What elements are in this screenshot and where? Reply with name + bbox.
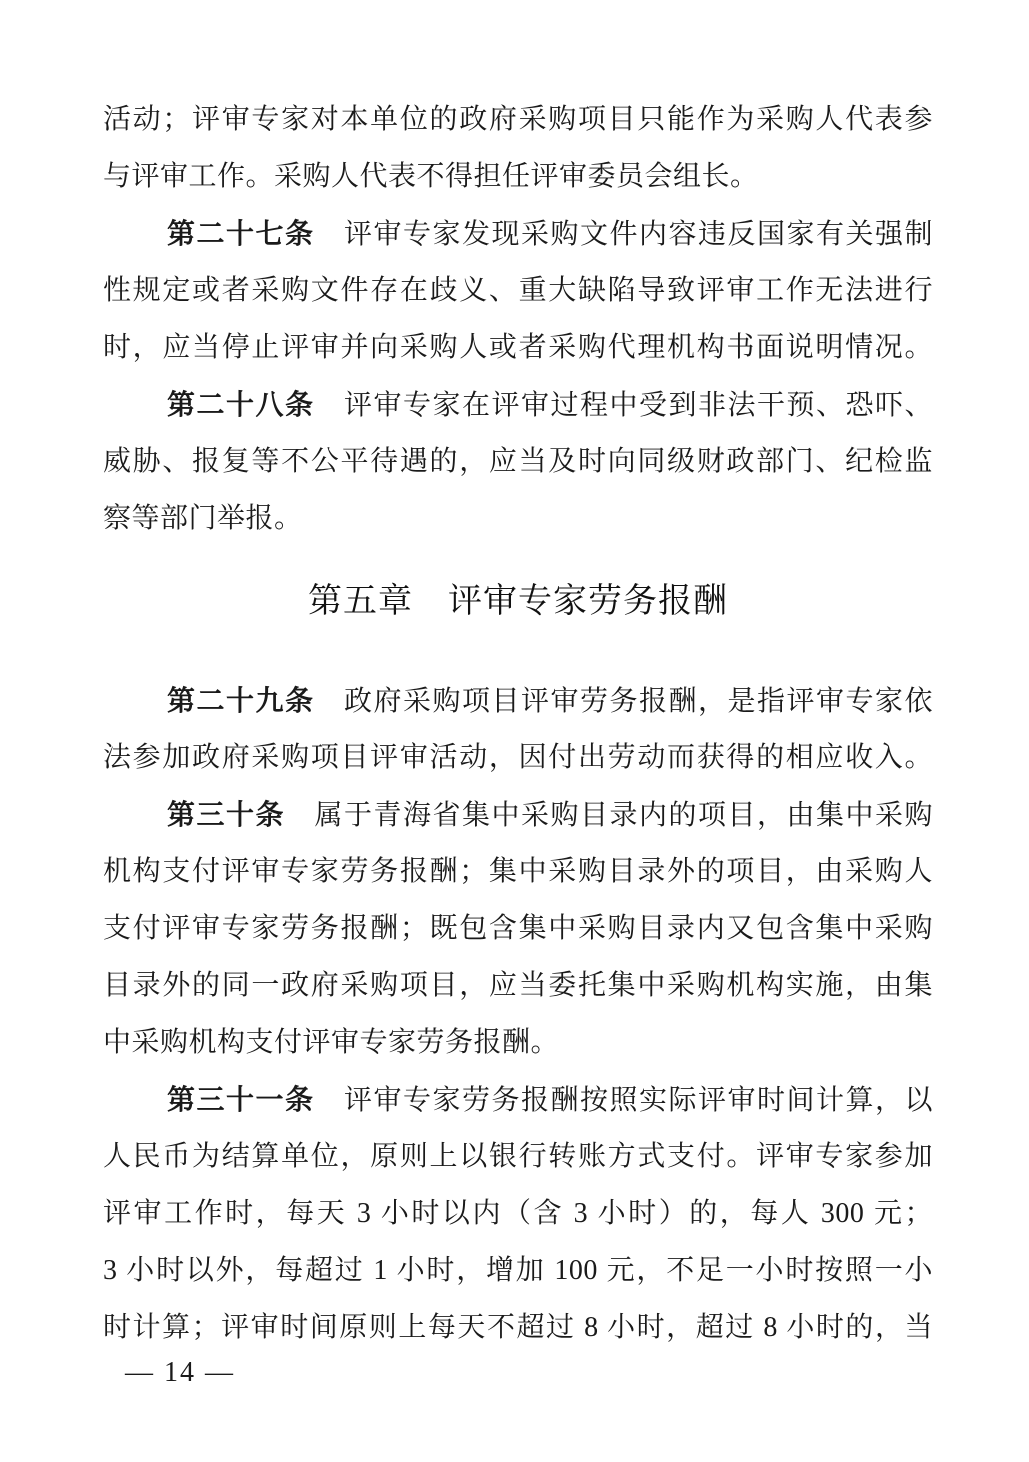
text-segment: 评审专家在评审过程中受到非法干预、恐吓、: [315, 390, 933, 421]
text-segment: 政府采购项目评审劳务报酬，是指评审专家依: [315, 686, 933, 717]
article-number: 第三十条: [167, 799, 285, 830]
text-line: 支付评审专家劳务报酬；既包含集中采购目录内又包含集中采购: [103, 900, 933, 957]
paragraph-first-line: 第二十八条 评审专家在评审过程中受到非法干预、恐吓、: [103, 376, 933, 433]
chapter-heading: 第五章 评审专家劳务报酬: [103, 573, 933, 630]
text-line: 与评审工作。采购人代表不得担任评审委员会组长。: [103, 148, 933, 205]
text-segment: 评审工作时，每天 3 小时以内（含 3 小时）的，每人 300 元；: [103, 1198, 933, 1229]
text-segment: 法参加政府采购项目评审活动，因付出劳动而获得的相应收入。: [103, 742, 933, 773]
article-number: 第二十七条: [167, 218, 315, 249]
text-line: 威胁、报复等不公平待遇的，应当及时向同级财政部门、纪检监: [103, 433, 933, 490]
text-segment: 3 小时以外，每超过 1 小时，增加 100 元，不足一小时按照一小: [103, 1255, 933, 1286]
text-line: 评审工作时，每天 3 小时以内（含 3 小时）的，每人 300 元；: [103, 1185, 933, 1242]
text-segment: 评审专家发现采购文件内容违反国家有关强制: [315, 219, 933, 250]
text-line: 机构支付评审专家劳务报酬；集中采购目录外的项目，由采购人: [103, 843, 933, 900]
text-line: 人民币为结算单位，原则上以银行转账方式支付。评审专家参加: [103, 1128, 933, 1185]
document-page: 活动；评审专家对本单位的政府采购项目只能作为采购人代表参与评审工作。采购人代表不…: [0, 0, 1029, 1462]
text-line: 中采购机构支付评审专家劳务报酬。: [103, 1014, 933, 1071]
text-segment: 中采购机构支付评审专家劳务报酬。: [103, 1027, 559, 1058]
text-line: 时计算；评审时间原则上每天不超过 8 小时，超过 8 小时的，当: [103, 1299, 933, 1356]
text-line: 法参加政府采购项目评审活动，因付出劳动而获得的相应收入。: [103, 729, 933, 786]
text-segment: 目录外的同一政府采购项目，应当委托集中采购机构实施，由集: [103, 970, 933, 1001]
text-line: 目录外的同一政府采购项目，应当委托集中采购机构实施，由集: [103, 957, 933, 1014]
paragraph-first-line: 第二十九条 政府采购项目评审劳务报酬，是指评审专家依: [103, 672, 933, 729]
text-segment: 性规定或者采购文件存在歧义、重大缺陷导致评审工作无法进行: [103, 275, 933, 306]
text-segment: 属于青海省集中采购目录内的项目，由集中采购: [285, 800, 933, 831]
article-number: 第二十八条: [167, 389, 315, 420]
text-segment: 与评审工作。采购人代表不得担任评审委员会组长。: [103, 161, 759, 192]
paragraph-first-line: 第三十一条 评审专家劳务报酬按照实际评审时间计算，以: [103, 1071, 933, 1128]
text-segment: 察等部门举报。: [103, 503, 303, 534]
paragraph-first-line: 第三十条 属于青海省集中采购目录内的项目，由集中采购: [103, 786, 933, 843]
text-lines-container: 活动；评审专家对本单位的政府采购项目只能作为采购人代表参与评审工作。采购人代表不…: [103, 91, 933, 1356]
text-line: 察等部门举报。: [103, 490, 933, 547]
article-number: 第二十九条: [167, 685, 315, 716]
text-line: 活动；评审专家对本单位的政府采购项目只能作为采购人代表参: [103, 91, 933, 148]
text-segment: 人民币为结算单位，原则上以银行转账方式支付。评审专家参加: [103, 1141, 933, 1172]
text-segment: 支付评审专家劳务报酬；既包含集中采购目录内又包含集中采购: [103, 913, 933, 944]
page-number: — 14 —: [125, 1356, 933, 1390]
document-body: 活动；评审专家对本单位的政府采购项目只能作为采购人代表参与评审工作。采购人代表不…: [103, 91, 933, 1390]
text-line: 3 小时以外，每超过 1 小时，增加 100 元，不足一小时按照一小: [103, 1242, 933, 1299]
text-segment: 时计算；评审时间原则上每天不超过 8 小时，超过 8 小时的，当: [103, 1312, 933, 1343]
text-segment: 活动；评审专家对本单位的政府采购项目只能作为采购人代表参: [103, 104, 933, 135]
text-segment: 评审专家劳务报酬按照实际评审时间计算，以: [315, 1085, 933, 1116]
text-segment: 机构支付评审专家劳务报酬；集中采购目录外的项目，由采购人: [103, 856, 933, 887]
text-line: 性规定或者采购文件存在歧义、重大缺陷导致评审工作无法进行: [103, 262, 933, 319]
paragraph-first-line: 第二十七条 评审专家发现采购文件内容违反国家有关强制: [103, 205, 933, 262]
text-line: 时，应当停止评审并向采购人或者采购代理机构书面说明情况。: [103, 319, 933, 376]
text-segment: 时，应当停止评审并向采购人或者采购代理机构书面说明情况。: [103, 332, 933, 363]
text-segment: 威胁、报复等不公平待遇的，应当及时向同级财政部门、纪检监: [103, 446, 933, 477]
article-number: 第三十一条: [167, 1084, 315, 1115]
